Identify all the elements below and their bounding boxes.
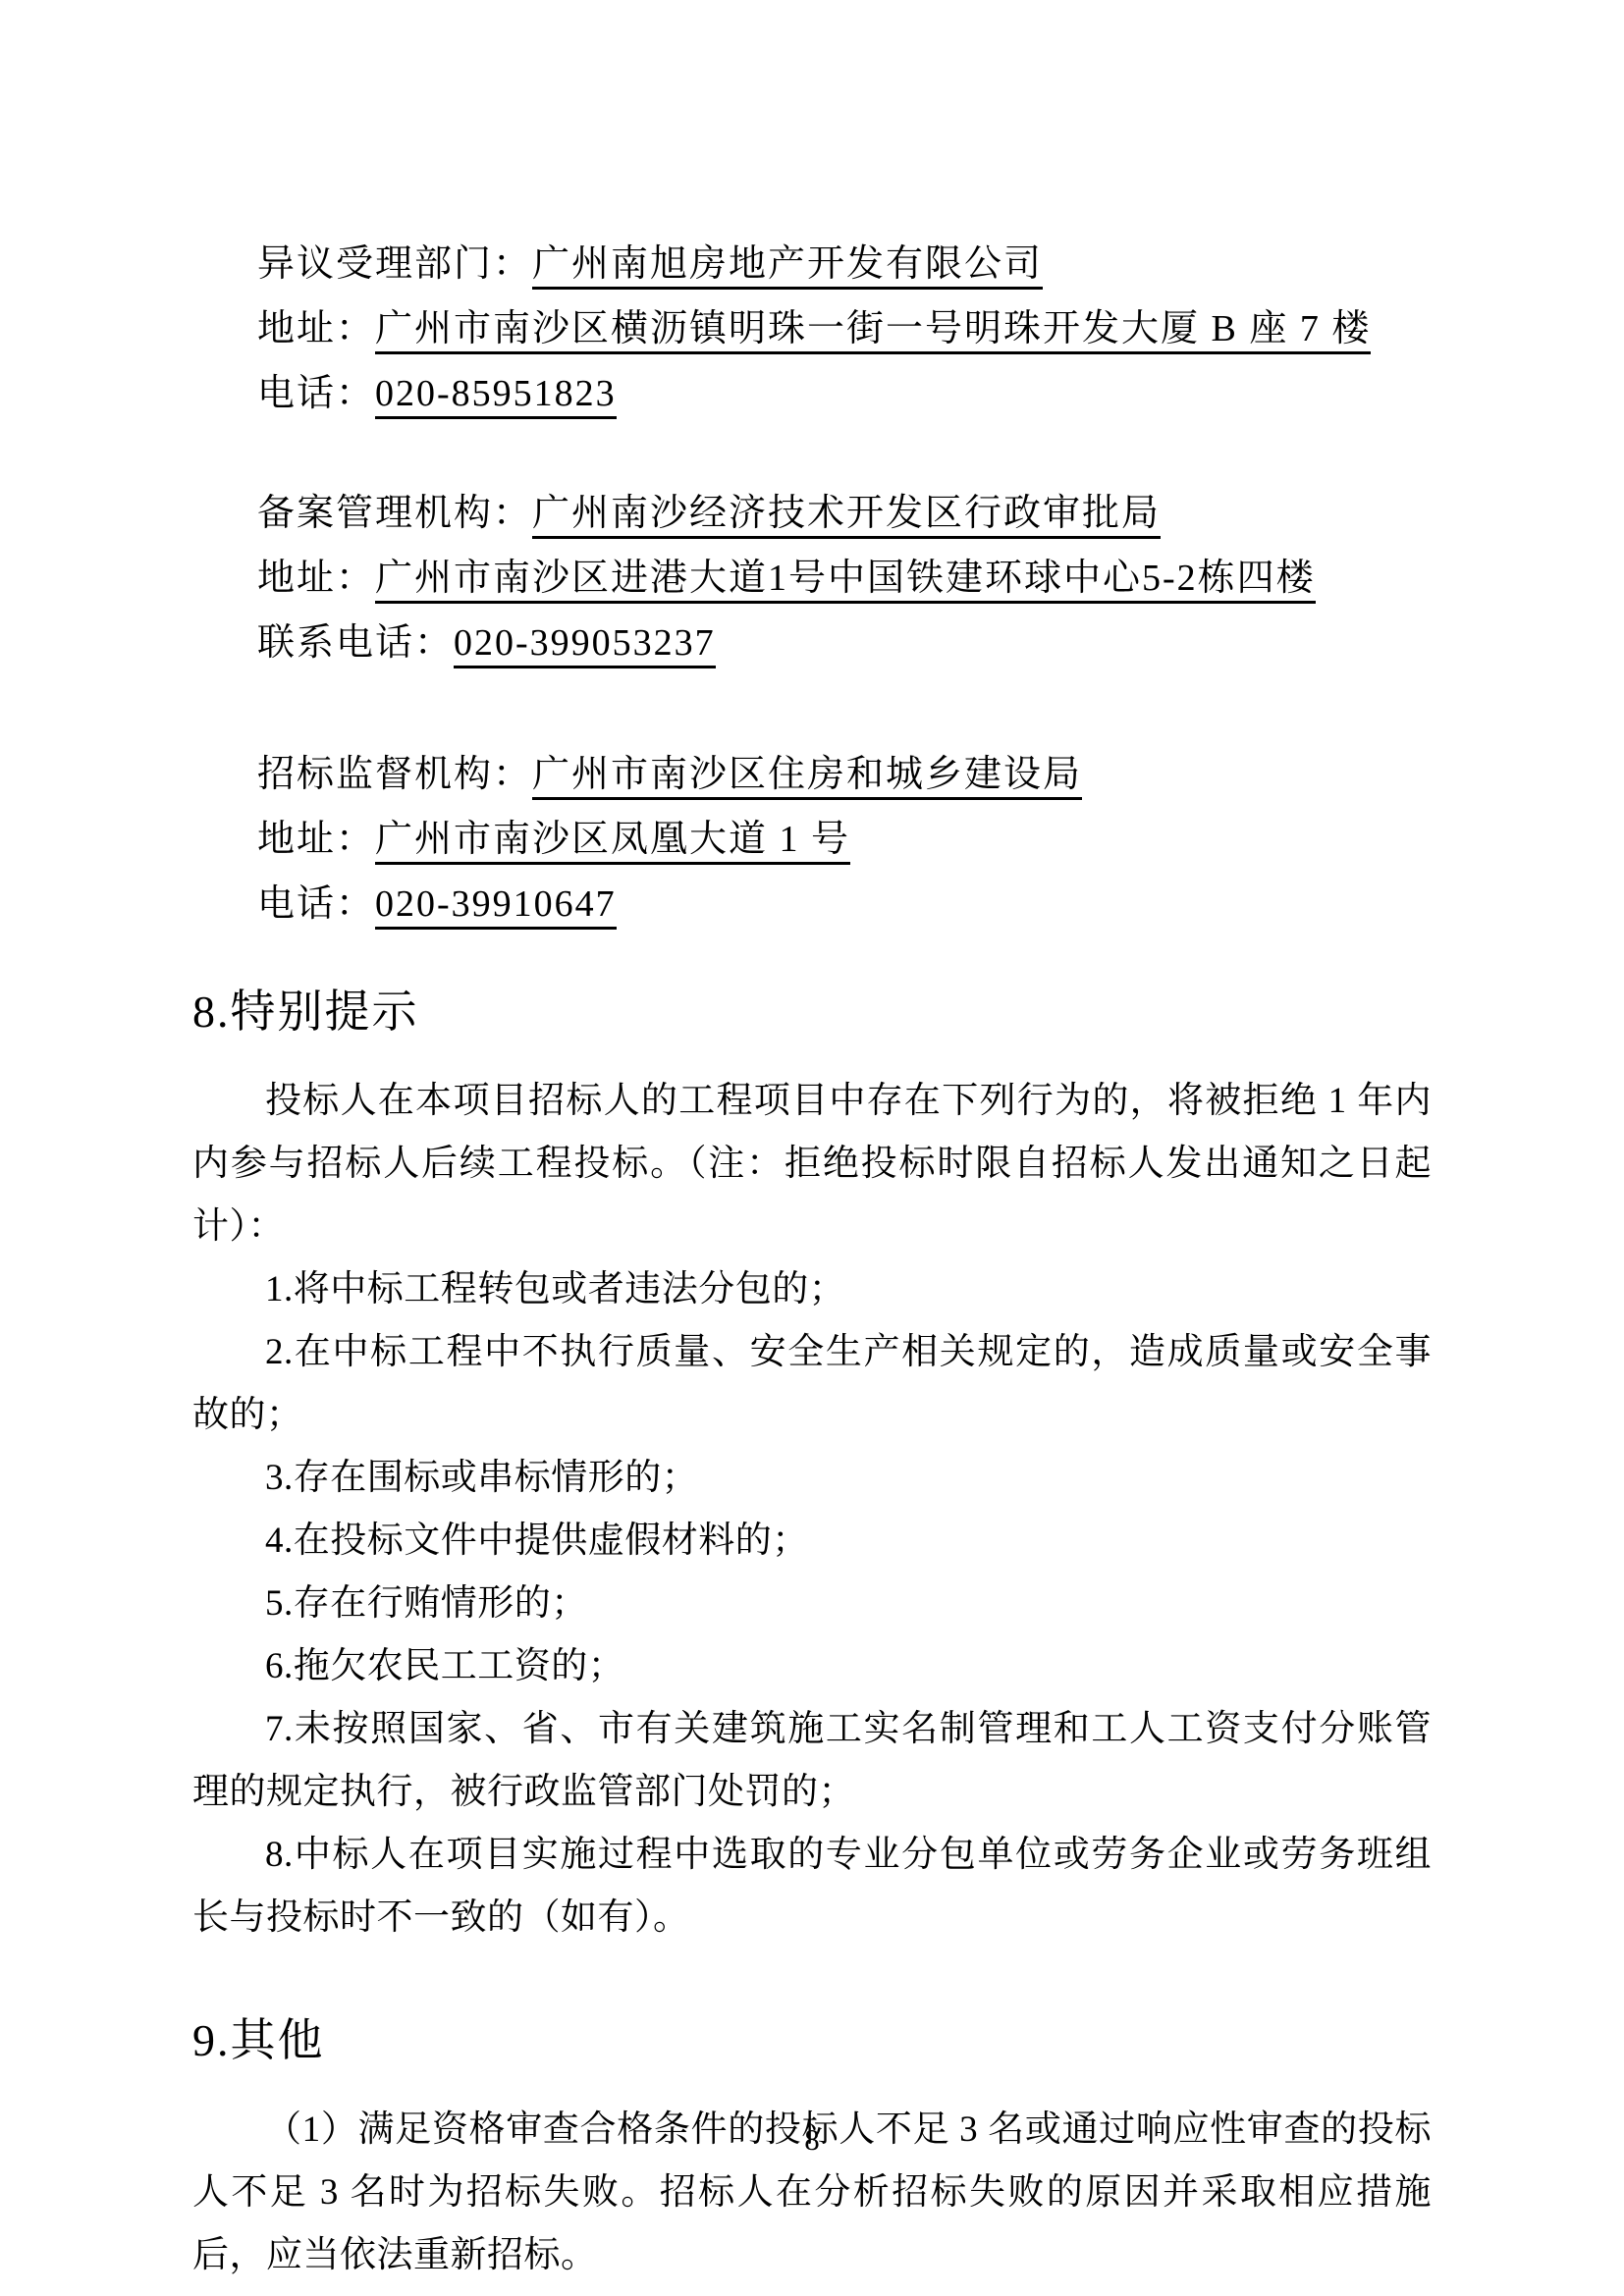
contact-label: 电话： xyxy=(257,883,375,925)
list-item-4: 4.在投标文件中提供虚假材料的； xyxy=(192,1510,1432,1573)
list-item-2: 2.在中标工程中不执行质量、安全生产相关规定的，造成质量或安全事故的； xyxy=(192,1321,1432,1447)
document-page: 异议受理部门：广州南旭房地产开发有限公司 地址：广州市南沙区横沥镇明珠一街一号明… xyxy=(0,0,1624,2296)
contact-label: 联系电话： xyxy=(257,622,454,664)
contact-value: 020-85951823 xyxy=(375,373,617,419)
contact-value: 广州市南沙区凤凰大道 1 号 xyxy=(375,819,850,865)
list-item-5: 5.存在行贿情形的； xyxy=(192,1573,1432,1635)
contact-label: 异议受理部门： xyxy=(257,243,532,285)
contact-value: 020-399053237 xyxy=(454,622,716,668)
list-item-8: 8.中标人在项目实施过程中选取的专业分包单位或劳务企业或劳务班组长与投标时不一致… xyxy=(192,1824,1432,1949)
contact-label: 地址： xyxy=(257,558,375,599)
contact-value: 广州南旭房地产开发有限公司 xyxy=(532,243,1043,290)
contact-line: 联系电话：020-399053237 xyxy=(192,611,1432,675)
contact-line: 地址：广州市南沙区横沥镇明珠一街一号明珠开发大厦 B 座 7 楼 xyxy=(192,296,1432,361)
contact-line: 地址：广州市南沙区进港大道1号中国铁建环球中心5-2栋四楼 xyxy=(192,546,1432,611)
contact-label: 招标监督机构： xyxy=(257,754,532,795)
contact-label: 电话： xyxy=(257,373,375,414)
section-9-heading: 9.其他 xyxy=(192,2010,1432,2071)
list-item-3: 3.存在围标或串标情形的； xyxy=(192,1447,1432,1510)
list-item-7: 7.未按照国家、省、市有关建筑施工实名制管理和工人工资支付分账管理的规定执行，被… xyxy=(192,1698,1432,1824)
contact-label: 地址： xyxy=(257,819,375,860)
contact-line: 备案管理机构：广州南沙经济技术开发区行政审批局 xyxy=(192,481,1432,546)
contact-label: 备案管理机构： xyxy=(257,493,532,534)
list-item-6: 6.拖欠农民工工资的； xyxy=(192,1635,1432,1698)
contact-line: 电话：020-39910647 xyxy=(192,872,1432,936)
contact-line: 地址：广州市南沙区凤凰大道 1 号 xyxy=(192,807,1432,872)
contact-group-supervision: 招标监督机构：广州市南沙区住房和城乡建设局 地址：广州市南沙区凤凰大道 1 号 … xyxy=(192,742,1432,936)
page-number: 8 xyxy=(0,2120,1624,2160)
list-item-1: 1.将中标工程转包或者违法分包的； xyxy=(192,1258,1432,1321)
contact-value: 广州市南沙区住房和城乡建设局 xyxy=(532,754,1082,800)
contact-value: 广州南沙经济技术开发区行政审批局 xyxy=(532,493,1161,539)
contact-group-objection: 异议受理部门：广州南旭房地产开发有限公司 地址：广州市南沙区横沥镇明珠一街一号明… xyxy=(192,232,1432,426)
contact-value: 广州市南沙区横沥镇明珠一街一号明珠开发大厦 B 座 7 楼 xyxy=(375,308,1371,354)
contact-label: 地址： xyxy=(257,308,375,349)
contact-value: 广州市南沙区进港大道1号中国铁建环球中心5-2栋四楼 xyxy=(375,558,1316,604)
section-8-heading: 8.特别提示 xyxy=(192,982,1432,1042)
contact-line: 异议受理部门：广州南旭房地产开发有限公司 xyxy=(192,232,1432,296)
contact-value: 020-39910647 xyxy=(375,883,617,930)
contact-group-filing: 备案管理机构：广州南沙经济技术开发区行政审批局 地址：广州市南沙区进港大道1号中… xyxy=(192,481,1432,675)
contact-line: 招标监督机构：广州市南沙区住房和城乡建设局 xyxy=(192,742,1432,807)
section-8-intro: 投标人在本项目招标人的工程项目中存在下列行为的，将被拒绝 1 年内内参与招标人后… xyxy=(192,1070,1432,1258)
contact-line: 电话：020-85951823 xyxy=(192,361,1432,426)
